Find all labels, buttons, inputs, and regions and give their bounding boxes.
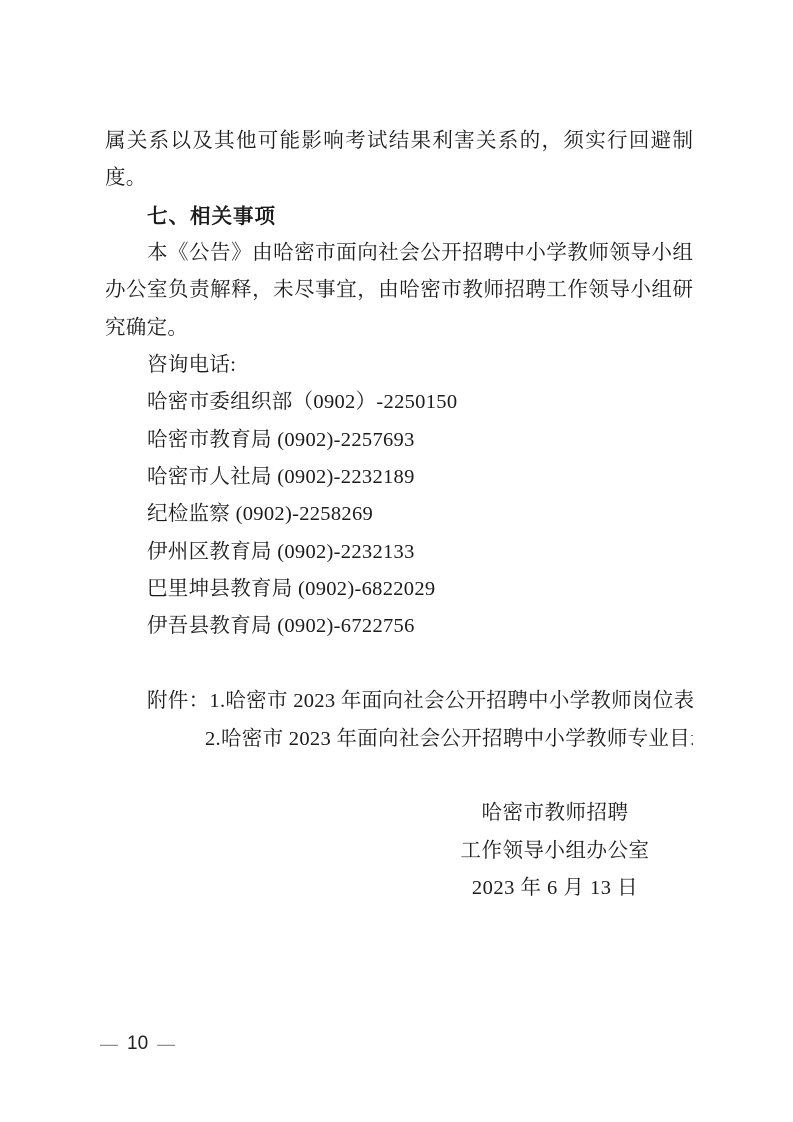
page-number: 10: [127, 1031, 148, 1057]
section-heading: 七、相关事项: [105, 198, 693, 235]
paragraph-continuation-line: 属关系以及其他可能影响考试结果利害关系的，须实行回避制: [105, 123, 693, 160]
footer-left-dash: —: [100, 1031, 118, 1057]
body-paragraph-end: 究确定。: [105, 310, 693, 347]
footer-right-dash: —: [157, 1031, 175, 1057]
document-page: 属关系以及其他可能影响考试结果利害关系的，须实行回避制 度。 七、相关事项 本《…: [0, 0, 793, 1122]
signature-date: 2023 年 6 月 13 日: [435, 870, 675, 907]
contact-label: 咨询电话:: [105, 347, 693, 384]
contact-entry: 巴里坤县教育局 (0902)-6822029: [105, 571, 693, 608]
spacer: [105, 758, 693, 795]
paragraph-continuation-end: 度。: [105, 160, 693, 197]
contact-entry: 伊州区教育局 (0902)-2232133: [105, 534, 693, 571]
spacer: [105, 646, 693, 683]
signature-block: 哈密市教师招聘 工作领导小组办公室 2023 年 6 月 13 日: [435, 795, 675, 907]
signature-org-line: 哈密市教师招聘: [435, 795, 675, 832]
attachment-line-2: 2.哈密市 2023 年面向社会公开招聘中小学教师专业目录: [105, 721, 693, 758]
document-body: 属关系以及其他可能影响考试结果利害关系的，须实行回避制 度。 七、相关事项 本《…: [105, 123, 693, 907]
page-number-footer: — 10 —: [100, 1031, 175, 1057]
attachment-line-1: 附件：1.哈密市 2023 年面向社会公开招聘中小学教师岗位表: [105, 683, 693, 720]
body-paragraph-line: 本《公告》由哈密市面向社会公开招聘中小学教师领导小组: [105, 235, 693, 272]
contact-entry: 纪检监察 (0902)-2258269: [105, 496, 693, 533]
contact-entry: 哈密市人社局 (0902)-2232189: [105, 459, 693, 496]
contact-entry: 哈密市委组织部（0902）-2250150: [105, 384, 693, 421]
signature-org-line: 工作领导小组办公室: [435, 833, 675, 870]
body-paragraph-line: 办公室负责解释，未尽事宜，由哈密市教师招聘工作领导小组研: [105, 272, 693, 309]
contact-entry: 哈密市教育局 (0902)-2257693: [105, 422, 693, 459]
contact-entry: 伊吾县教育局 (0902)-6722756: [105, 608, 693, 645]
